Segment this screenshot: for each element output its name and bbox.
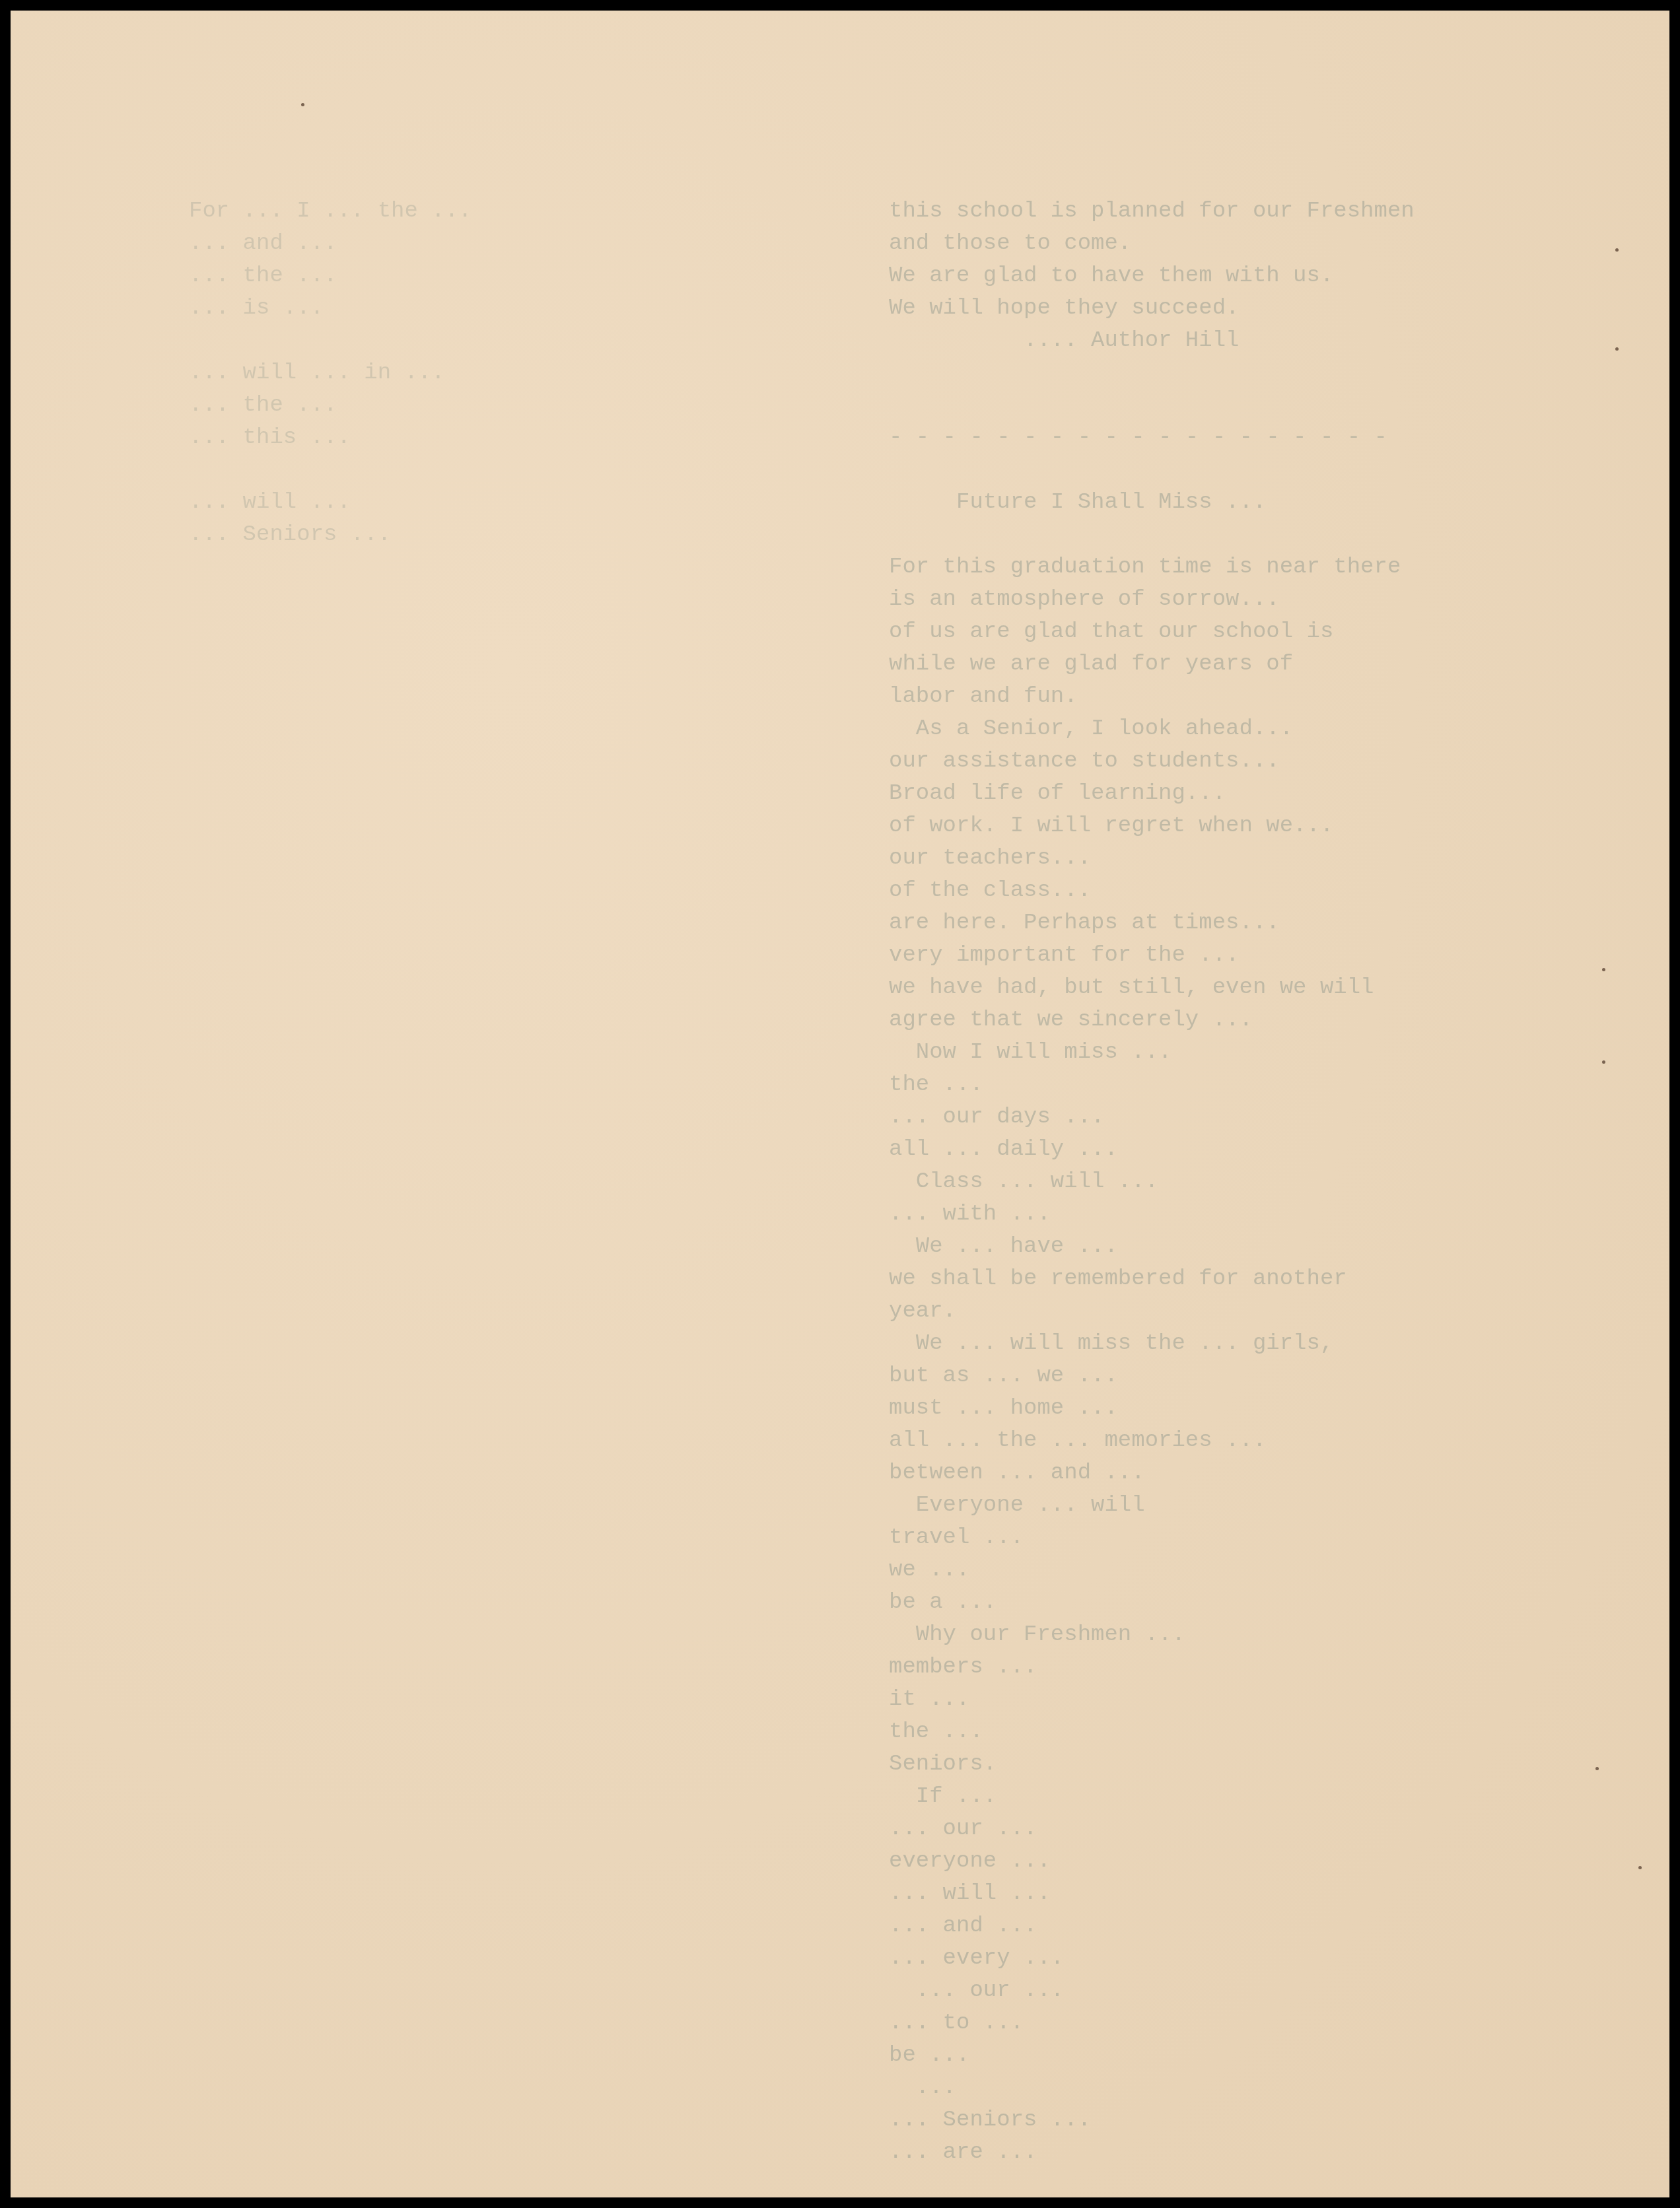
text-line: We ... have ... — [889, 1231, 1628, 1263]
text-line: we have had, but still, even we will — [889, 972, 1628, 1004]
text-line: For ... I ... the ... — [189, 195, 928, 228]
text-line: Future I Shall Miss ... — [889, 487, 1628, 519]
text-line: between ... and ... — [889, 1457, 1628, 1490]
text-line: ... and ... — [889, 1910, 1628, 1943]
text-line: while we are glad for years of — [889, 648, 1628, 681]
text-line: Everyone ... will — [889, 1490, 1628, 1522]
text-line: very important for the ... — [889, 940, 1628, 972]
text-line: must ... home ... — [889, 1393, 1628, 1425]
text-line: of work. I will regret when we... — [889, 810, 1628, 843]
text-line: be a ... — [889, 1587, 1628, 1619]
text-line: and those to come. — [889, 228, 1628, 260]
text-line: ... with ... — [889, 1198, 1628, 1231]
text-line: For this graduation time is near there — [889, 551, 1628, 584]
text-line: ... are ... — [889, 2137, 1628, 2169]
text-line: but as ... we ... — [889, 1360, 1628, 1393]
text-line: ... and ... — [189, 228, 928, 260]
text-line: is an atmosphere of sorrow... — [889, 584, 1628, 616]
text-line: travel ... — [889, 1522, 1628, 1554]
text-line: year. — [889, 1295, 1628, 1328]
text-line: ... our ... — [889, 1813, 1628, 1846]
text-line: we shall be remembered for another — [889, 1263, 1628, 1295]
text-line: Why our Freshmen ... — [889, 1619, 1628, 1651]
text-line: ... this ... — [189, 422, 928, 454]
text-line: ... will ... — [889, 1878, 1628, 1910]
text-line: all ... daily ... — [889, 1134, 1628, 1166]
text-line: Now I will miss ... — [889, 1037, 1628, 1069]
text-line: this school is planned for our Freshmen — [889, 195, 1628, 228]
text-line: ... our days ... — [889, 1101, 1628, 1134]
text-line — [889, 519, 1628, 551]
text-line: all ... the ... memories ... — [889, 1425, 1628, 1457]
text-line: ... to ... — [889, 2007, 1628, 2040]
text-line: We ... will miss the ... girls, — [889, 1328, 1628, 1360]
paper-speck — [1615, 347, 1619, 351]
paper-speck — [1595, 1767, 1599, 1770]
text-line: agree that we sincerely ... — [889, 1004, 1628, 1037]
text-line: members ... — [889, 1651, 1628, 1684]
paper-speck — [1602, 1060, 1605, 1064]
text-line: the ... — [889, 1069, 1628, 1101]
text-line: ... Seniors ... — [889, 2104, 1628, 2137]
text-line: everyone ... — [889, 1846, 1628, 1878]
paper-speck — [301, 103, 304, 106]
text-line: If ... — [889, 1781, 1628, 1813]
paper-page: For ... I ... the ...... and ...... the … — [11, 11, 1669, 2197]
text-line: ... is ... — [189, 293, 928, 325]
text-line: ... every ... — [889, 1943, 1628, 1975]
text-line: Class ... will ... — [889, 1166, 1628, 1198]
text-line: ... the ... — [189, 260, 928, 293]
text-line: our assistance to students... — [889, 745, 1628, 778]
bleed-through-text: For ... I ... the ...... and ...... the … — [189, 195, 928, 551]
text-line: - - - - - - - - - - - - - - - - - - - — [889, 422, 1628, 454]
paper-speck — [1615, 248, 1619, 252]
text-line — [889, 454, 1628, 487]
text-line: we ... — [889, 1554, 1628, 1587]
text-line — [189, 325, 928, 357]
text-line: labor and fun. — [889, 681, 1628, 713]
text-line: Seniors. — [889, 1748, 1628, 1781]
text-line: our teachers... — [889, 843, 1628, 875]
text-line: ... will ... — [189, 487, 928, 519]
text-line: of the class... — [889, 875, 1628, 907]
text-line: As a Senior, I look ahead... — [889, 713, 1628, 745]
text-line: ... our ... — [889, 1975, 1628, 2007]
text-line: it ... — [889, 1684, 1628, 1716]
text-line: Broad life of learning... — [889, 778, 1628, 810]
text-line: ... Seniors ... — [189, 519, 928, 551]
text-line: be ... — [889, 2040, 1628, 2072]
paper-speck — [1638, 1866, 1642, 1869]
paper-speck — [1602, 968, 1605, 971]
text-line: are here. Perhaps at times... — [889, 907, 1628, 940]
text-line: ... — [889, 2072, 1628, 2104]
text-line — [889, 357, 1628, 390]
text-line: .... Author Hill — [889, 325, 1628, 357]
text-line: of us are glad that our school is — [889, 616, 1628, 648]
text-line: ... will ... in ... — [189, 357, 928, 390]
text-line: We are glad to have them with us. — [889, 260, 1628, 293]
text-line: We will hope they succeed. — [889, 293, 1628, 325]
text-line: the ... — [889, 1716, 1628, 1748]
text-line — [189, 454, 928, 487]
text-line: ... the ... — [189, 390, 928, 422]
typewritten-text-column: this school is planned for our Freshmena… — [889, 195, 1628, 2169]
text-line — [889, 390, 1628, 422]
